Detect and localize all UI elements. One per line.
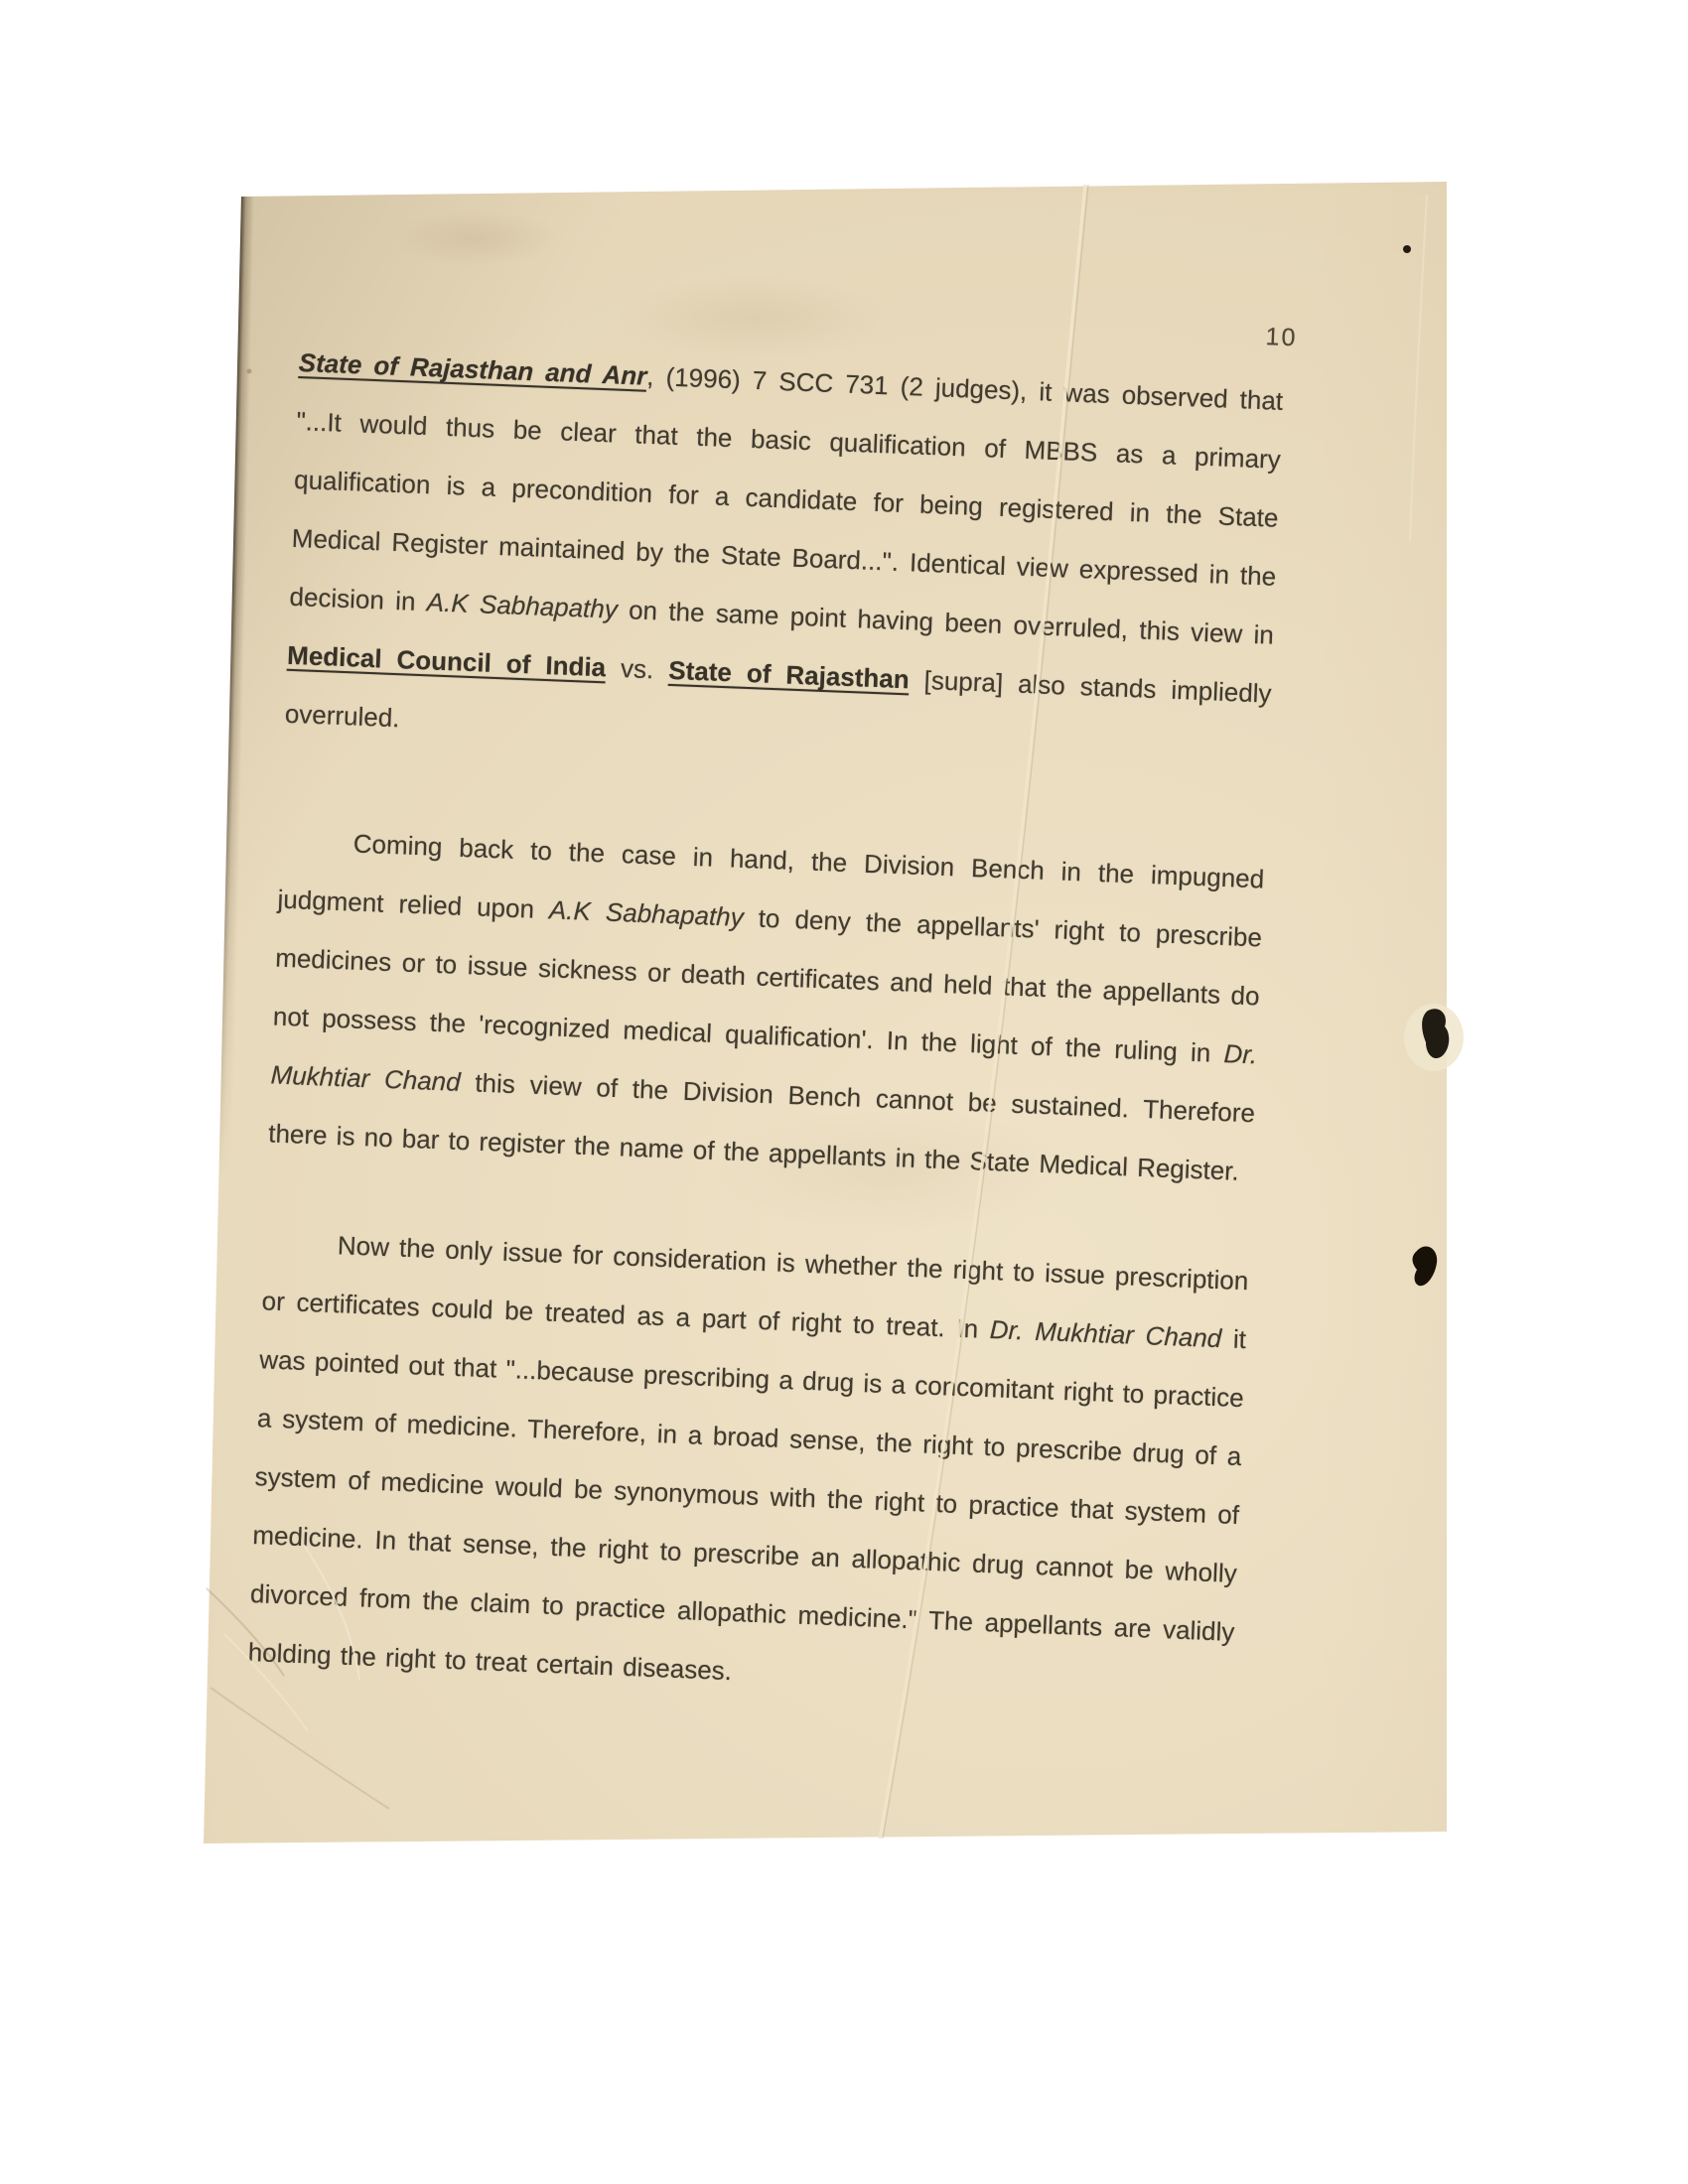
text-segment: it was pointed out that "...because pres… <box>247 1323 1246 1686</box>
text-segment: State of Rajasthan <box>668 655 910 694</box>
document-text-block: 10 State of Rajasthan and Anr, (1996) 7 … <box>247 334 1285 1720</box>
scanned-document-page: 10 State of Rajasthan and Anr, (1996) 7 … <box>0 0 1688 2184</box>
text-segment: Dr. Mukhtiar Chand <box>989 1314 1222 1353</box>
paragraph-2: Coming back to the case in hand, the Div… <box>267 812 1265 1202</box>
paragraph-1: State of Rajasthan and Anr, (1996) 7 SCC… <box>284 334 1284 782</box>
paper-sheet: 10 State of Rajasthan and Anr, (1996) 7 … <box>0 0 1688 2184</box>
paper-left-edge-shadow <box>214 195 255 1177</box>
page-number: 10 <box>1264 308 1298 367</box>
text-segment: vs. <box>606 652 669 684</box>
text-segment: A.K Sabhapathy <box>426 587 618 624</box>
text-segment: State of Rajasthan and Anr <box>298 347 647 391</box>
paragraph-3: Now the only issue for consideration is … <box>247 1213 1250 1720</box>
text-segment: , (1996) 7 SCC 731 (2 judges), it was ob… <box>289 361 1284 616</box>
text-segment: to deny the appellants' right to prescri… <box>272 902 1262 1068</box>
document-text: State of Rajasthan and Anr, (1996) 7 SCC… <box>247 334 1285 1720</box>
text-segment: on the same point having been overruled,… <box>617 595 1274 650</box>
text-segment: Medical Council of India <box>287 640 607 683</box>
text-segment: A.K Sabhapathy <box>548 894 744 932</box>
